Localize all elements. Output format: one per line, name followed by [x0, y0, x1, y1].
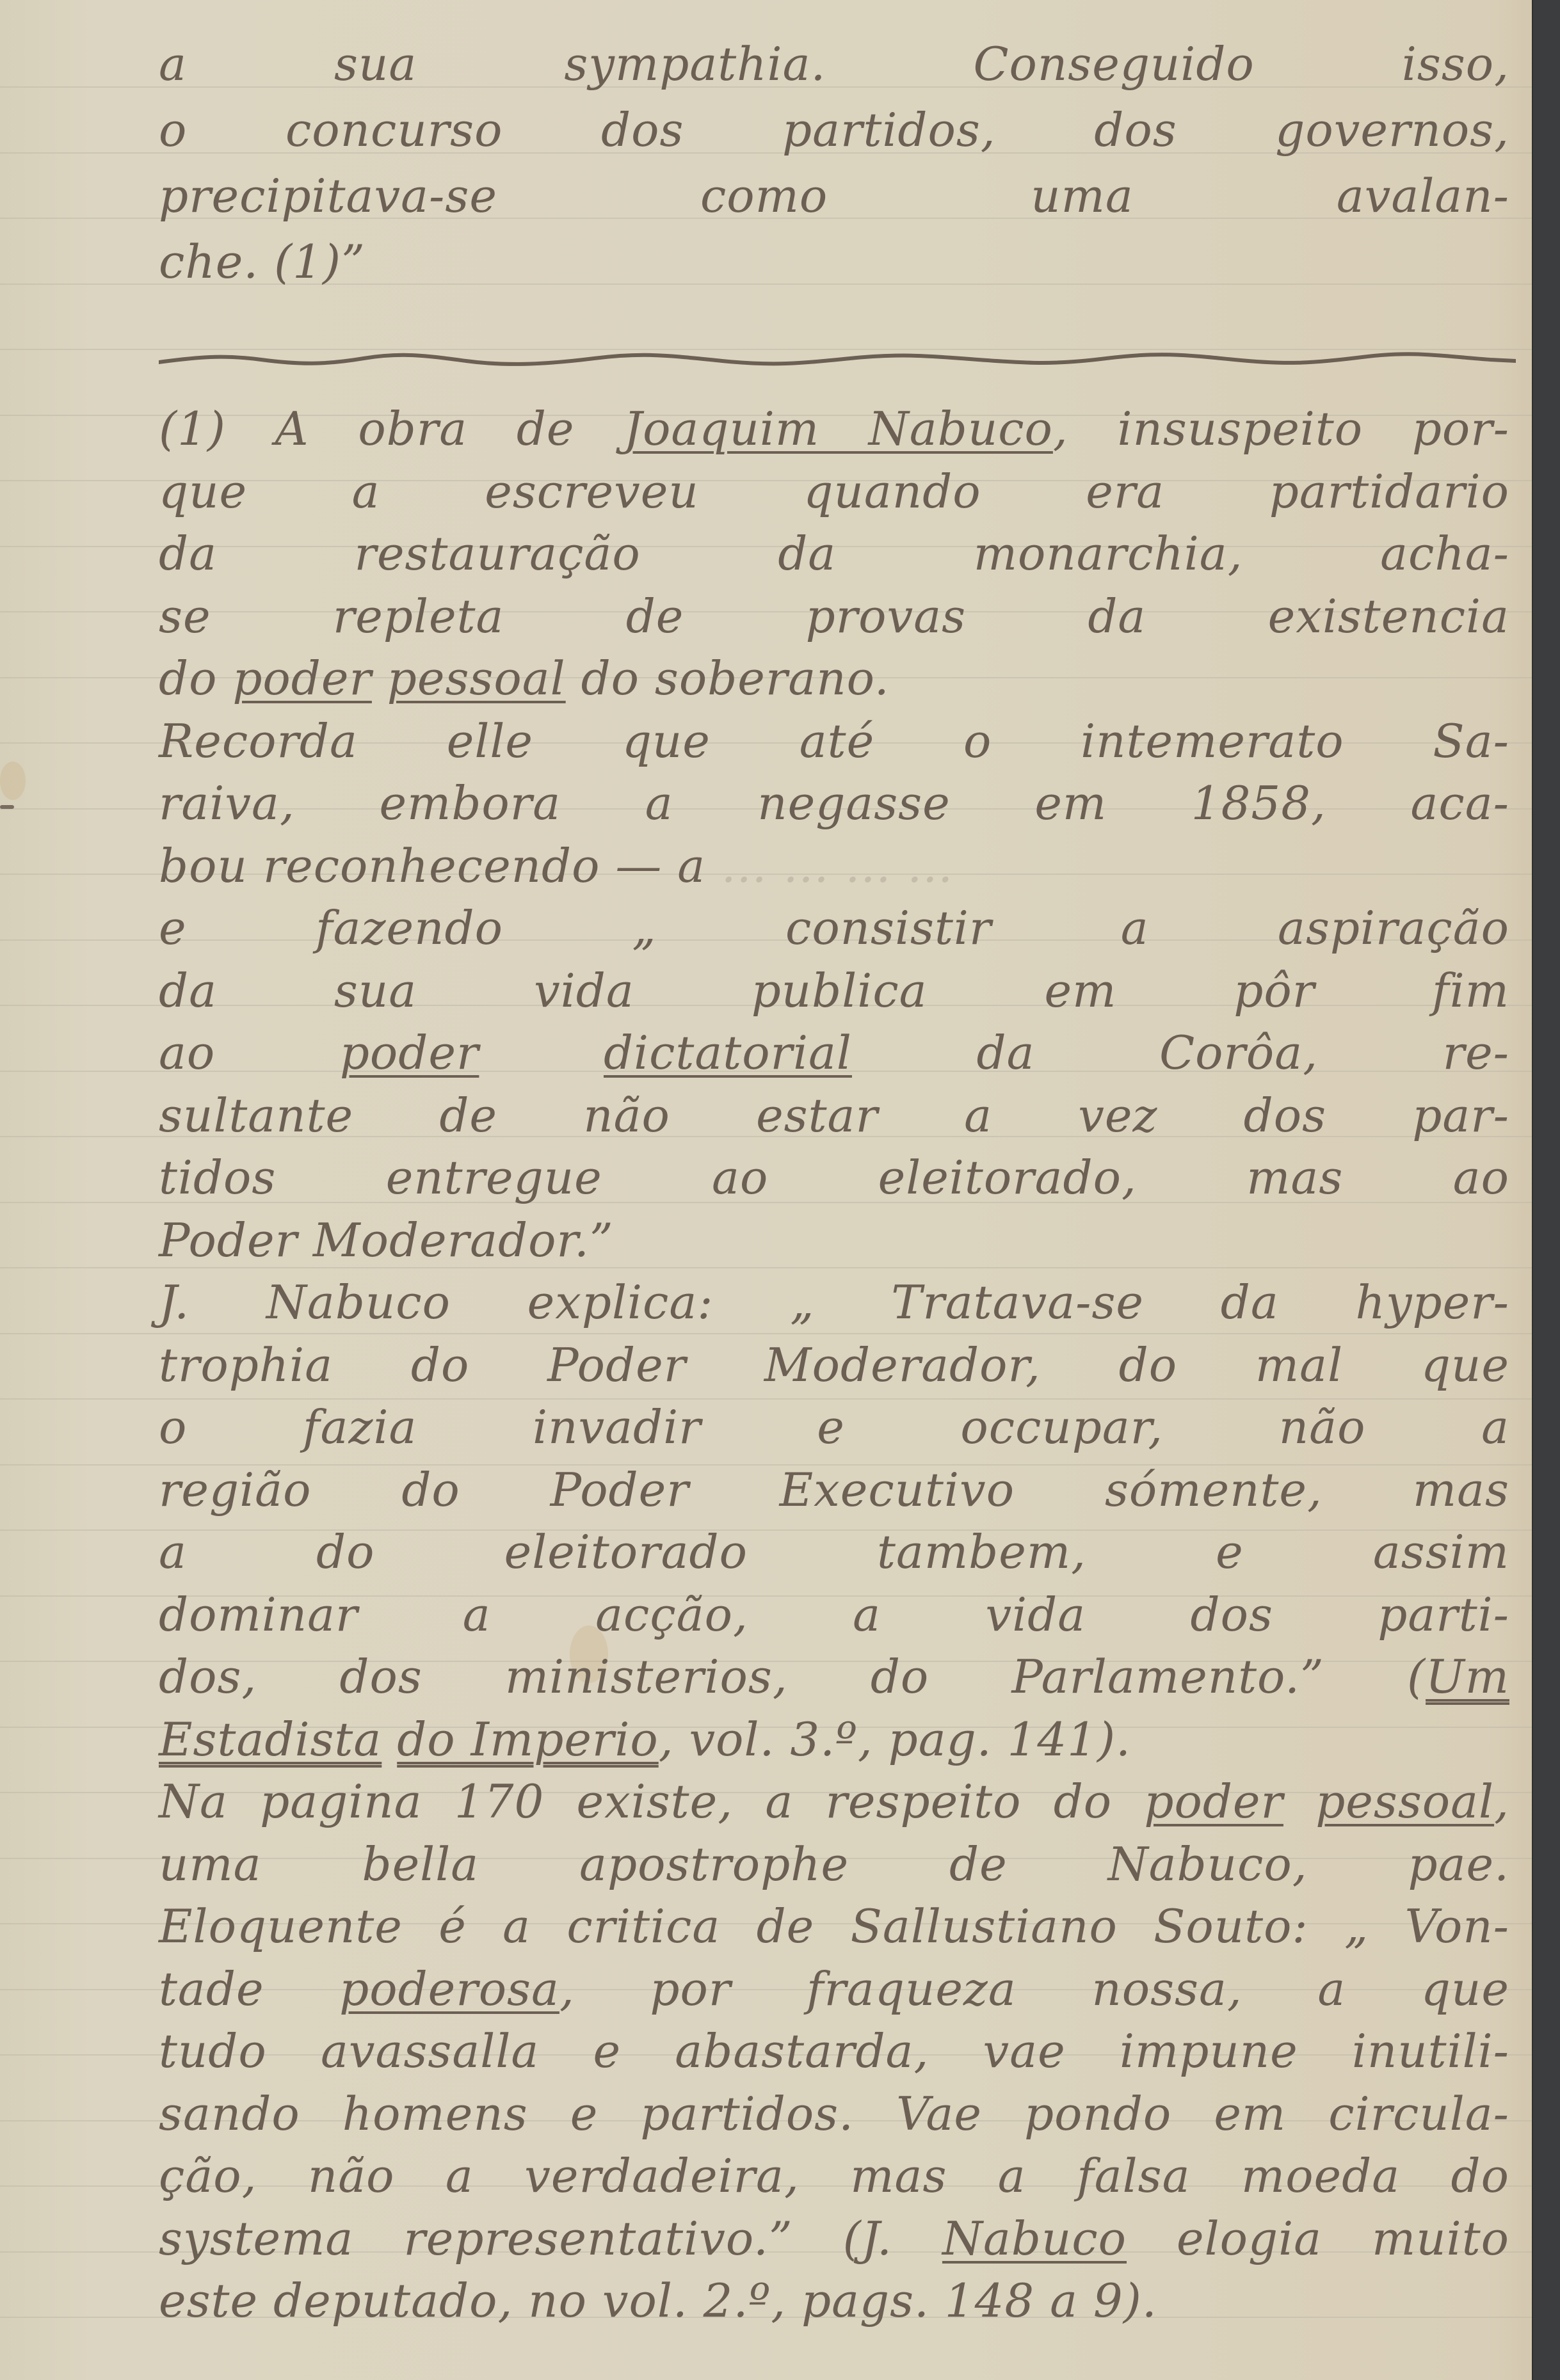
text-segment [1283, 1775, 1315, 1828]
text-segment: ao [159, 1026, 340, 1080]
text-segment: dos, dos ministerios, do Parlamento.” ( [159, 1650, 1426, 1704]
footnote-line: tudo avassalla e abastarda, vae impune i… [159, 2022, 1509, 2080]
text-segment: e fazendo „ consistir a aspiração [159, 901, 1509, 955]
text-segment: do [159, 651, 232, 705]
footnote-line: que a escreveu quando era partidario [159, 463, 1509, 520]
text-segment: Poder Moderador.” [159, 1213, 614, 1267]
footnote-line: da restauração da monarchia, acha- [159, 525, 1509, 582]
text-segment: , insuspeito por- [1053, 402, 1509, 456]
book-binding-edge [1532, 0, 1560, 2380]
paper-stain [0, 762, 26, 800]
footnote-line: região do Poder Executivo sómente, mas [159, 1461, 1509, 1519]
text-segment: a do eleitorado tambem, e assim [159, 1525, 1509, 1579]
text-segment: tudo avassalla e abastarda, vae impune i… [159, 2024, 1509, 2078]
underlined-term: pessoal [387, 651, 566, 705]
text-segment: este deputado, no vol. 2.º, pags. 148 a … [159, 2274, 1157, 2328]
footnote-line: raiva, embora a negasse em 1858, aca- [159, 774, 1509, 832]
text-segment: região do Poder Executivo sómente, mas [159, 1463, 1509, 1517]
underlined-term: Nabuco [942, 2212, 1127, 2265]
footnote-line: trophia do Poder Moderador, do mal que [159, 1336, 1509, 1394]
text-segment: uma bella apostrophe de Nabuco, pae. [159, 1837, 1509, 1891]
footnote-line: se repleta de provas da existencia [159, 587, 1509, 645]
margin-mark [0, 805, 14, 809]
text-segment: trophia do Poder Moderador, do mal que [159, 1338, 1509, 1392]
double-underlined-title: Estadista [159, 1713, 382, 1766]
text-segment: da restauração da monarchia, acha- [159, 527, 1509, 580]
footnote-line: dominar a acção, a vida dos parti- [159, 1586, 1509, 1643]
text-segment: bou reconhecendo — a [159, 839, 705, 893]
underlined-term: poderosa [339, 1962, 559, 2016]
text-segment: do soberano. [566, 651, 890, 705]
text-segment: (1) A obra de [159, 402, 623, 456]
text-segment: systema representativo.” (J. [159, 2212, 942, 2265]
footnote-line: do poder pessoal do soberano. [159, 650, 1509, 707]
text-segment: da Corôa, re- [852, 1026, 1509, 1080]
footnote-line: ção, não a verdadeira, mas a falsa moeda… [159, 2147, 1509, 2205]
text-segment: , por fraqueza nossa, a que [559, 1962, 1509, 2016]
text-segment: o fazia invadir e occupar, não a [159, 1400, 1509, 1454]
underlined-term: pessoal [1315, 1775, 1494, 1828]
footnote-line: uma bella apostrophe de Nabuco, pae. [159, 1835, 1509, 1893]
text-segment: sando homens e partidos. Vae pondo em ci… [159, 2087, 1509, 2141]
footnote-line: (1) A obra de Joaquim Nabuco, insuspeito… [159, 400, 1509, 458]
text-segment: raiva, embora a negasse em 1858, aca- [159, 776, 1509, 830]
text-segment: sultante de não estar a vez dos par- [159, 1089, 1509, 1142]
footnote-line: a do eleitorado tambem, e assim [159, 1523, 1509, 1581]
footnote-line: Estadista do Imperio, vol. 3.º, pag. 141… [159, 1711, 1509, 1768]
footnote-line: tidos entregue ao eleitorado, mas ao [159, 1149, 1509, 1206]
text-segment: Recorda elle que até o intemerato Sa- [159, 714, 1509, 768]
footnote-line: sultante de não estar a vez dos par- [159, 1087, 1509, 1144]
footnote-line: o fazia invadir e occupar, não a [159, 1398, 1509, 1456]
faded-illegible-text: … … … … [705, 839, 954, 893]
footnote-line: Recorda elle que até o intemerato Sa- [159, 712, 1509, 770]
underlined-term: poder [1144, 1775, 1283, 1828]
underlined-term: dictatorial [604, 1026, 852, 1080]
text-line-footnote-ref: che. (1)” [159, 233, 1509, 291]
text-line: a sua sympathia. Conseguido isso, [159, 35, 1509, 93]
footnote-line: Poder Moderador.” [159, 1211, 1509, 1269]
text-segment: tidos entregue ao eleitorado, mas ao [159, 1151, 1509, 1204]
double-underlined-title: Um [1426, 1650, 1509, 1704]
footnote-line: Na pagina 170 existe, a respeito do pode… [159, 1773, 1509, 1830]
text-segment: Na pagina 170 existe, a respeito do [159, 1775, 1144, 1828]
text-segment [372, 651, 387, 705]
footnote-line: J. Nabuco explica: „ Tratava-se da hyper… [159, 1274, 1509, 1331]
text-line: precipitava-se como uma avalan- [159, 167, 1509, 225]
text-segment: , [1494, 1775, 1509, 1828]
double-underlined-title: do Imperio [397, 1713, 659, 1766]
footnote-separator [159, 351, 1516, 370]
underlined-term: poder [340, 1026, 479, 1080]
text-segment: ção, não a verdadeira, mas a falsa moeda… [159, 2149, 1509, 2203]
footnote-line: bou reconhecendo — a … … … … [159, 837, 1509, 895]
footnote-line: systema representativo.” (J. Nabuco elog… [159, 2210, 1509, 2267]
footnote-line: tade poderosa, por fraqueza nossa, a que [159, 1960, 1509, 2018]
text-segment: dominar a acção, a vida dos parti- [159, 1588, 1509, 1641]
ruled-line [0, 349, 1533, 350]
text-segment: da sua vida publica em pôr fim [159, 964, 1509, 1018]
text-segment: , vol. 3.º, pag. 141). [659, 1713, 1131, 1766]
text-segment [479, 1026, 604, 1080]
footnote-line: sando homens e partidos. Vae pondo em ci… [159, 2085, 1509, 2143]
footnote-line: e fazendo „ consistir a aspiração [159, 899, 1509, 957]
text-segment: Eloquente é a critica de Sallustiano Sou… [159, 1899, 1509, 1953]
text-line: o concurso dos partidos, dos governos, [159, 101, 1509, 159]
text-segment: se repleta de provas da existencia [159, 589, 1509, 643]
footnote-line: dos, dos ministerios, do Parlamento.” (U… [159, 1648, 1509, 1705]
footnote-line: este deputado, no vol. 2.º, pags. 148 a … [159, 2272, 1509, 2329]
underlined-term: poder [232, 651, 372, 705]
footnote-line: ao poder dictatorial da Corôa, re- [159, 1024, 1509, 1082]
footnote-line: Eloquente é a critica de Sallustiano Sou… [159, 1897, 1509, 1955]
manuscript-page: a sua sympathia. Conseguido isso, o conc… [0, 0, 1533, 2380]
text-segment: elogia muito [1127, 2212, 1509, 2265]
underlined-term: Joaquim Nabuco [623, 402, 1053, 456]
footnote-line: da sua vida publica em pôr fim [159, 962, 1509, 1019]
text-segment: tade [159, 1962, 339, 2016]
text-segment [382, 1713, 397, 1766]
text-segment: que a escreveu quando era partidario [159, 465, 1509, 518]
text-segment: J. Nabuco explica: „ Tratava-se da hyper… [159, 1275, 1509, 1329]
ruled-line [0, 1333, 1533, 1334]
